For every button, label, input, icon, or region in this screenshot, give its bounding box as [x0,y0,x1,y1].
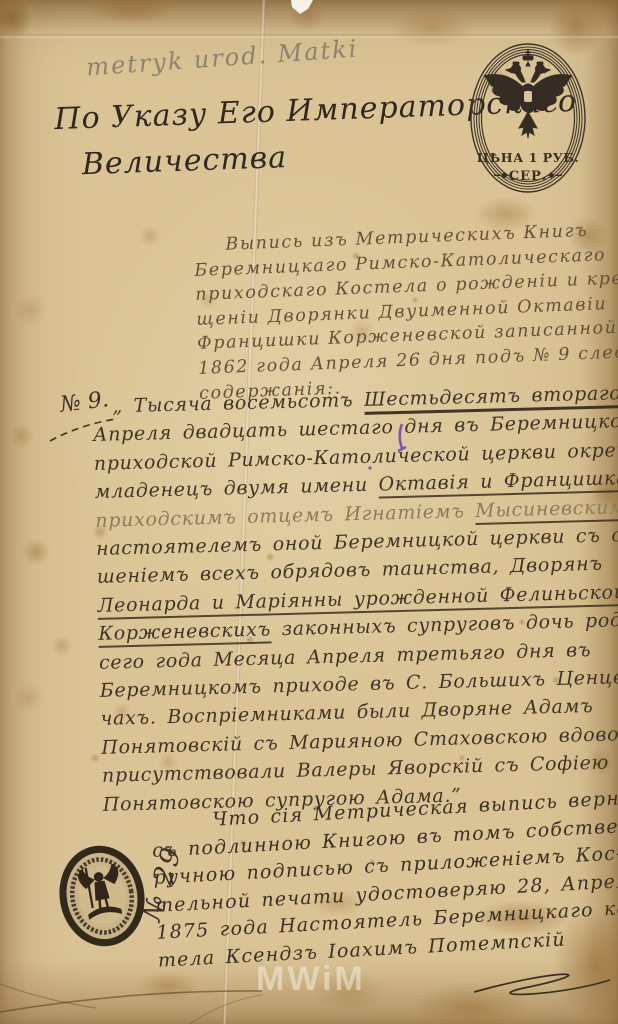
extract-intro-paragraph: Выпись изъ Метрическихъ КнигъБеремницкаг… [193,219,599,406]
bottom-fold-crease [0,991,262,1012]
image-watermark: MWiM [256,960,366,999]
pencil-annotation: metryk urod. Matki [85,35,359,82]
revenue-stamp: ЦѢНА 1 РУБ. СЕР. [466,40,590,196]
torn-edge-notch [291,0,313,14]
revenue-stamp-graphic: ЦѢНА 1 РУБ. СЕР. [466,40,590,196]
record-paragraph: „ Тысяча восемьсотъ Шестьдесятъ втораго … [92,380,608,819]
signature-flourish [474,974,610,994]
stamp-price-text: ЦѢНА 1 РУБ. [477,150,580,165]
corner-crease-2 [190,995,263,1024]
certification-paragraph: Что сія Метрическая выпись вернасъ подли… [150,785,618,974]
corner-crease [0,984,96,1008]
text-segment: Корженевскихъ [98,619,271,649]
document-paper: metryk urod. Matki По Указу Его Императо… [0,0,618,1024]
stamp-currency-text: СЕР. [509,169,548,184]
text-segment: младенецъ двумя имени [94,474,379,503]
text-segment: „ Тысяча восемьсотъ [112,389,364,418]
text-segment: Мысиневскимъ [475,495,618,524]
